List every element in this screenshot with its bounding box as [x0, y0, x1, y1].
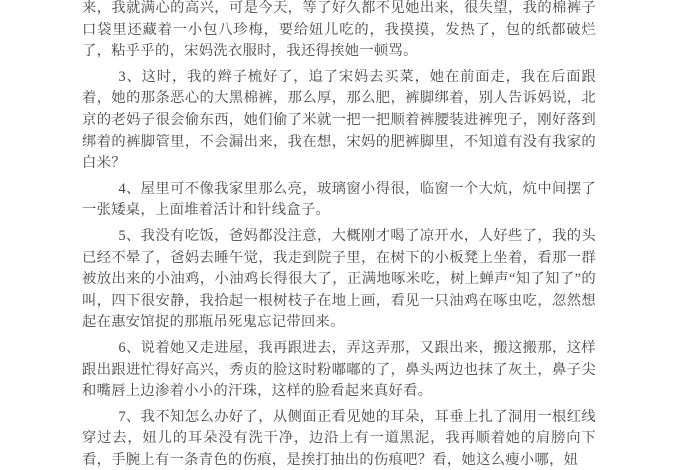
paragraph-3: 3、这时，我的辫子梳好了，追了宋妈去买菜，她在前面走，我在后面跟着，她的那条恶心…: [82, 67, 596, 175]
paragraph-6: 6、说着她又走进屋，我再跟进去，弄这弄那，又跟出来，搬这搬那，这样跟出跟进忙得好…: [82, 338, 596, 403]
text-block: 来，我就满心的高兴，可是今天，等了好久都不见她出来，很失望，我的棉裤子口袋里还藏…: [82, 0, 596, 470]
paragraph-7: 7、我不知怎么办好了，从侧面正看见她的耳朵，耳垂上扎了洞用一根红线穿过去，妞儿的…: [82, 407, 596, 470]
paragraph-4: 4、屋里可不像我家里那么亮，玻璃窗小得很，临窗一个大炕，炕中间摆了一张矮桌，上面…: [82, 179, 596, 222]
paragraph-5: 5、我没有吃饭，爸妈都没注意，大概刚才喝了凉开水，人好些了，我的头已经不晕了，爸…: [82, 226, 596, 334]
document-page: 来，我就满心的高兴，可是今天，等了好久都不见她出来，很失望，我的棉裤子口袋里还藏…: [0, 0, 700, 470]
paragraph-continuation: 来，我就满心的高兴，可是今天，等了好久都不见她出来，很失望，我的棉裤子口袋里还藏…: [82, 0, 596, 63]
